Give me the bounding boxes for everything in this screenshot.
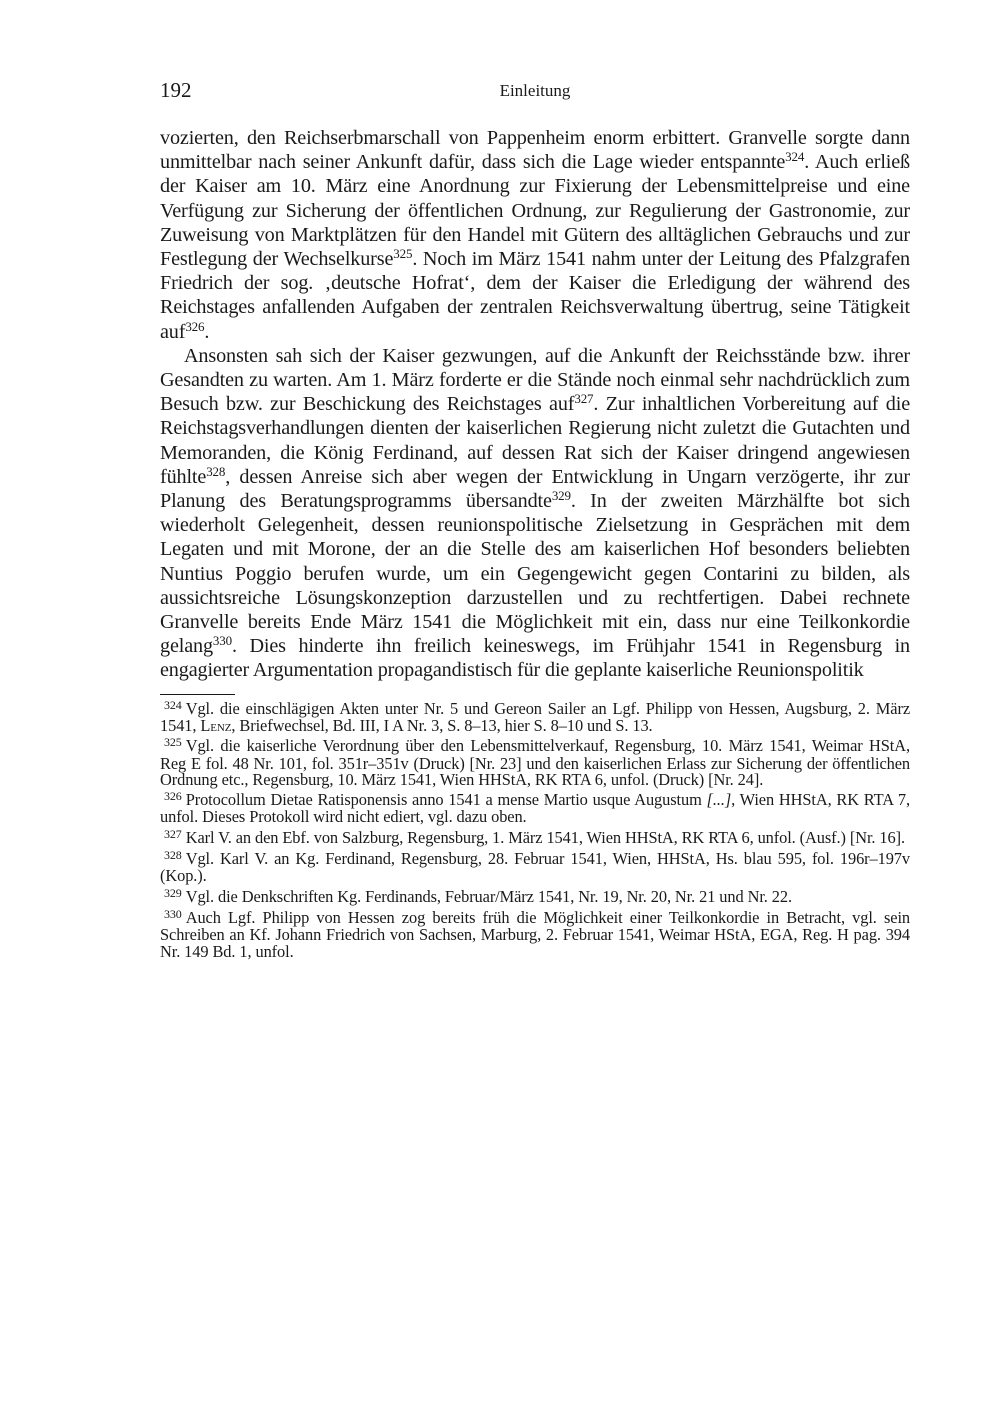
footnote-reference[interactable]: 329 [552,488,571,503]
footnote: 324Vgl. die einschlägigen Akten unter Nr… [160,701,910,735]
running-title: Einleitung [160,81,910,101]
footnote: 327Karl V. an den Ebf. von Salzburg, Reg… [160,830,910,847]
text-run: Karl V. an den Ebf. von Salzburg, Regens… [186,828,905,847]
footnote-number: 328 [164,848,182,862]
document-page: 192 Einleitung vozierten, den Reichserbm… [160,78,910,964]
author-name: Lenz [200,716,231,735]
footnote-reference[interactable]: 325 [393,246,412,261]
footnote-number: 327 [164,827,182,841]
text-run: . [204,321,209,343]
footnote-reference[interactable]: 330 [213,633,232,648]
text-run: Vgl. die kaiserliche Verordnung über den… [160,736,910,789]
paragraph-1: vozierten, den Reichserbmarschall von Pa… [160,126,910,344]
footnote-number: 329 [164,886,182,900]
footnote: 326Protocollum Dietae Ratisponensis anno… [160,792,910,826]
footnote-reference[interactable]: 324 [785,149,804,164]
footnote-reference[interactable]: 327 [574,391,593,406]
italic-text: [...] [707,790,732,809]
text-run: . Dies hinderte ihn freilich keineswegs,… [160,635,910,681]
text-run: Vgl. Karl V. an Kg. Ferdinand, Regensbur… [160,849,910,885]
footnote-number: 330 [164,907,182,921]
text-run: . In der zweiten Märzhälfte bot sich wie… [160,490,910,657]
text-run: Vgl. die Denkschriften Kg. Ferdinands, F… [186,887,792,906]
footnote-reference[interactable]: 328 [206,464,225,479]
running-head: 192 Einleitung [160,78,910,108]
footnote: 325Vgl. die kaiserliche Verordnung über … [160,738,910,788]
body-text: vozierten, den Reichserbmarschall von Pa… [160,126,910,683]
text-run: Auch Lgf. Philipp von Hessen zog bereits… [160,908,910,961]
footnote: 328Vgl. Karl V. an Kg. Ferdinand, Regens… [160,851,910,885]
footnote-number: 325 [164,735,182,749]
footnote-number: 326 [164,789,182,803]
footnote-number: 324 [164,698,182,712]
footnotes: 324Vgl. die einschlägigen Akten unter Nr… [160,701,910,960]
text-run: Protocollum Dietae Ratisponensis anno 15… [186,790,707,809]
footnote-separator [160,694,235,695]
footnote: 329Vgl. die Denkschriften Kg. Ferdinands… [160,889,910,906]
paragraph-2: Ansonsten sah sich der Kaiser gezwungen,… [160,344,910,683]
footnote: 330Auch Lgf. Philipp von Hessen zog bere… [160,910,910,960]
footnote-reference[interactable]: 326 [185,319,204,334]
text-run: , Briefwechsel, Bd. III, I A Nr. 3, S. 8… [231,716,652,735]
